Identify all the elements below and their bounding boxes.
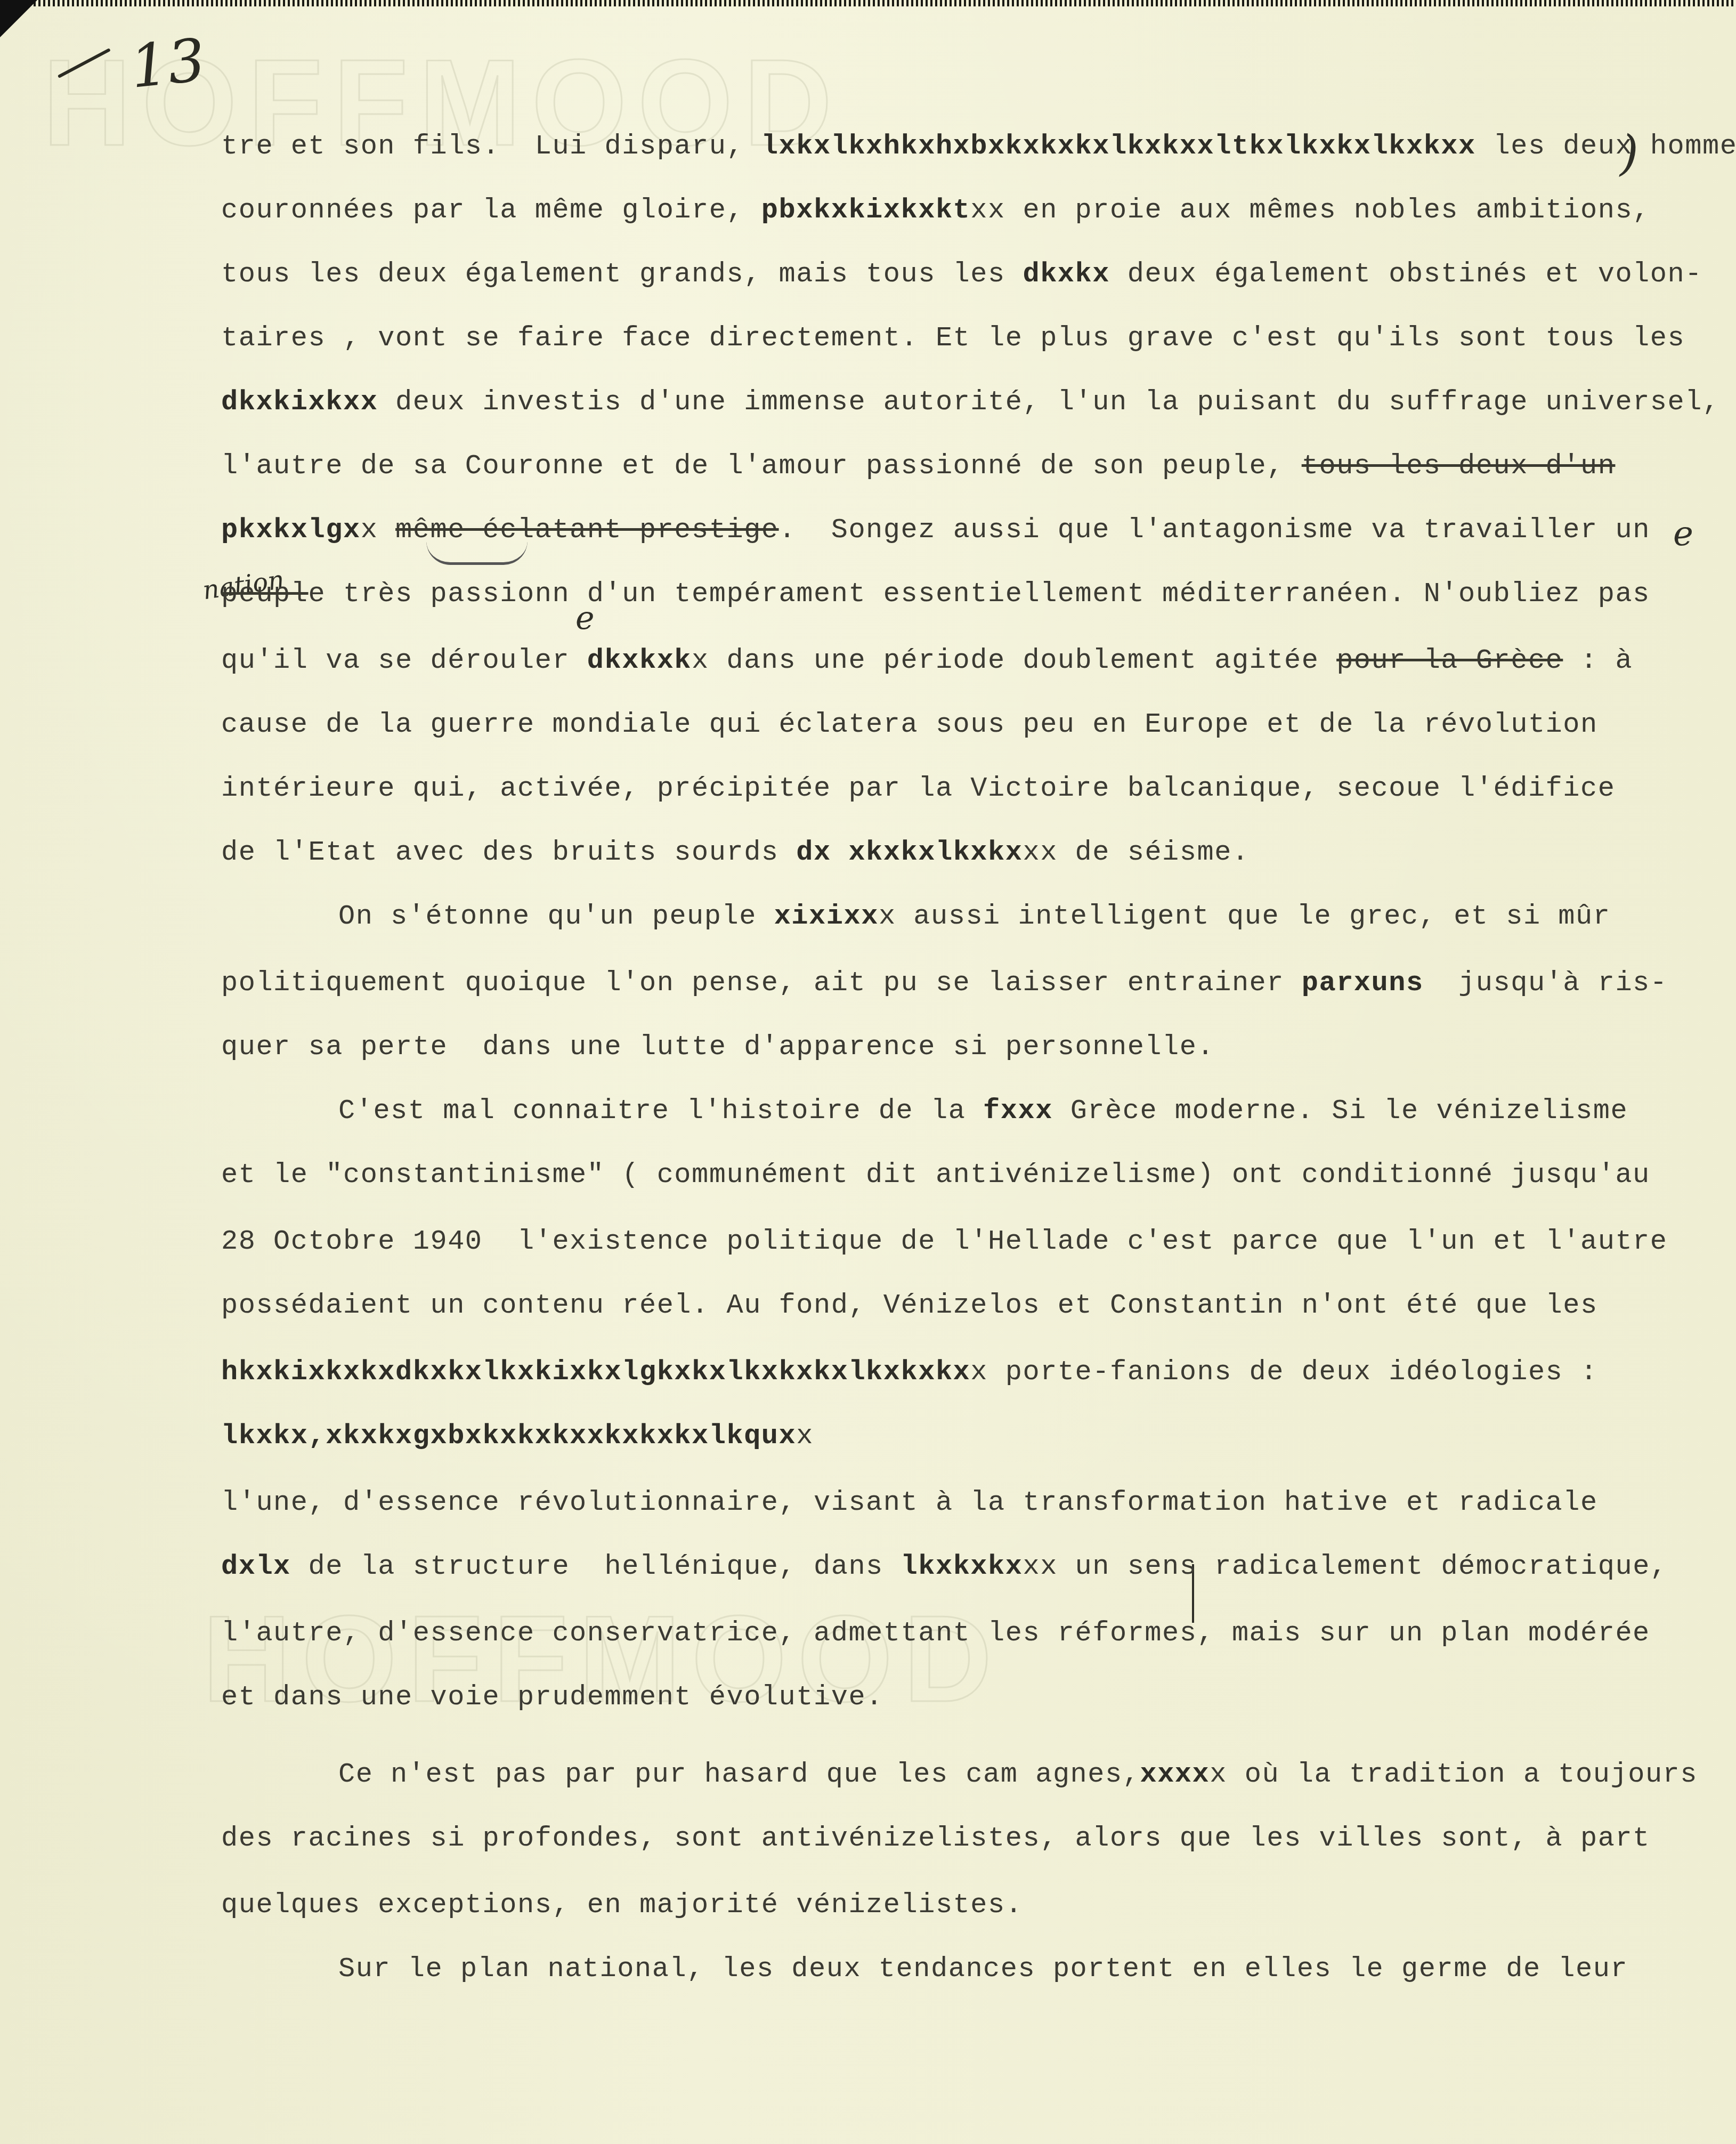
text-line: dkxkixkxx deux investis d'une immense au… <box>221 386 1720 418</box>
line-text: tre et son fils. Lui disparu, <box>221 131 761 162</box>
typed-over-deletion: dkxkxk <box>587 645 692 676</box>
text-line: l'autre de sa Couronne et de l'amour pas… <box>221 450 1615 482</box>
line-text: qu'il va se dérouler <box>221 645 587 676</box>
text-line: Ce n'est pas par pur hasard que les cam … <box>338 1759 1698 1791</box>
text-line: intérieure qui, activée, précipitée par … <box>221 773 1615 805</box>
typed-over-deletion: hkxkixkxkxdkxkxlkxkixkxlgkxkxlkxkxkxlkxk… <box>221 1356 970 1388</box>
line-text: cause de la guerre mondiale qui éclatera… <box>221 709 1598 740</box>
line-text: les deux hommes <box>1476 131 1736 162</box>
line-text: possédaient un contenu réel. Au fond, Vé… <box>221 1290 1598 1321</box>
typed-over-deletion: dxlx <box>221 1551 291 1582</box>
typed-over-deletion: dx xkxkxlkxkx <box>796 837 1023 868</box>
text-line: qu'il va se dérouler dkxkxkx dans une pé… <box>221 645 1633 677</box>
perforated-top-edge <box>0 0 1736 6</box>
text-line: Sur le plan national, les deux tendances… <box>338 1953 1628 1985</box>
typed-over-deletion: pbxkxkixkxkt <box>761 195 970 226</box>
line-text: l'autre, d'essence conservatrice, admett… <box>221 1617 1650 1649</box>
line-text: l'autre de sa Couronne et de l'amour pas… <box>221 450 1302 482</box>
text-line: cause de la guerre mondiale qui éclatera… <box>221 709 1598 741</box>
line-text: x dans une période doublement agitée <box>692 645 1336 676</box>
text-line: On s'étonne qu'un peuple xixixxx aussi i… <box>338 901 1611 933</box>
typed-over-deletion: lkxkxkx <box>901 1551 1023 1582</box>
handwritten-e-insert-une: e <box>1673 514 1693 554</box>
handwritten-strikethrough: pour la Grèce <box>1336 645 1563 676</box>
line-text: de la structure hellénique, dans <box>291 1551 901 1582</box>
text-line: possédaient un contenu réel. Au fond, Vé… <box>221 1290 1598 1322</box>
line-text: x <box>361 514 395 546</box>
text-line: dxlx de la structure hellénique, dans lk… <box>221 1551 1668 1583</box>
text-line: et dans une voie prudemment évolutive. <box>221 1681 883 1713</box>
text-line: taires , vont se faire face directement.… <box>221 322 1685 354</box>
typed-over-deletion: pkxkxlgx <box>221 514 361 546</box>
line-text: xx un sens radicalement démocratique, <box>1023 1551 1667 1582</box>
typed-over-deletion: lxkxlkxhkxhxbxkxkxkxlkxkxxltkxlkxkxlkxkx… <box>761 131 1476 162</box>
line-text: quelques exceptions, en majorité vénizel… <box>221 1889 1023 1921</box>
line-text: de l'Etat avec des bruits sourds <box>221 837 796 868</box>
text-line: politiquement quoique l'on pense, ait pu… <box>221 967 1668 999</box>
line-text: deux investis d'une immense autorité, l'… <box>378 386 1719 418</box>
text-line: quer sa perte dans une lutte d'apparence… <box>221 1031 1214 1063</box>
line-text: et dans une voie prudemment évolutive. <box>221 1681 883 1713</box>
text-line: peuple très passionn d'un tempérament es… <box>221 578 1650 610</box>
line-text: : à <box>1563 645 1633 676</box>
line-text: x porte-fanions de deux idéologies : <box>970 1356 1597 1388</box>
handwritten-strikethrough: tous les deux d'un <box>1302 450 1616 482</box>
typed-over-deletion: xxxx <box>1140 1759 1210 1790</box>
line-text: Ce n'est pas par pur hasard que les cam … <box>338 1759 1140 1790</box>
line-text: et le "constantinisme" ( communément dit… <box>221 1159 1650 1191</box>
text-line: de l'Etat avec des bruits sourds dx xkxk… <box>221 837 1250 869</box>
typed-over-deletion: dkxkixkxx <box>221 386 378 418</box>
text-line: hkxkixkxkxdkxkxlkxkixkxlgkxkxlkxkxkxlkxk… <box>221 1356 1598 1388</box>
line-text: intérieure qui, activée, précipitée par … <box>221 773 1615 804</box>
typed-over-deletion: lkxkx,xkxkxgxbxkxkxkxxkxkxkxlkqux <box>221 1420 796 1452</box>
typed-over-deletion: fxxx <box>983 1095 1053 1127</box>
line-text: Sur le plan national, les deux tendances… <box>338 1953 1628 1985</box>
line-text: e très passionn d'un tempérament essenti… <box>309 578 1650 610</box>
line-text: politiquement quoique l'on pense, ait pu… <box>221 967 1302 999</box>
text-line: l'une, d'essence révolutionnaire, visant… <box>221 1487 1598 1519</box>
line-text: jusqu'à ris- <box>1424 967 1668 999</box>
typed-over-deletion: xixixx <box>774 901 879 932</box>
typed-over-deletion: parxuns <box>1302 967 1424 999</box>
text-line: l'autre, d'essence conservatrice, admett… <box>221 1617 1650 1649</box>
line-text: x où la tradition a toujours <box>1210 1759 1698 1790</box>
text-line: des racines si profondes, sont antivéniz… <box>221 1823 1650 1855</box>
text-line: quelques exceptions, en majorité vénizel… <box>221 1889 1023 1921</box>
line-text: couronnées par la même gloire, <box>221 195 761 226</box>
line-text: deux également obstinés et volon- <box>1110 258 1702 290</box>
text-line: pkxkxlgxx même éclatant prestige. Songez… <box>221 514 1650 546</box>
typewritten-page: HOFFMOOD HOFFMOOD 13 nation ) e e tre et… <box>0 0 1736 2144</box>
text-line: couronnées par la même gloire, pbxkxkixk… <box>221 195 1650 226</box>
line-text: 28 Octobre 1940 l'existence politique de… <box>221 1226 1668 1257</box>
text-line: tre et son fils. Lui disparu, lxkxlkxhkx… <box>221 131 1736 163</box>
line-text: tous les deux également grands, mais tou… <box>221 258 1023 290</box>
text-line: et le "constantinisme" ( communément dit… <box>221 1159 1650 1191</box>
text-line: 28 Octobre 1940 l'existence politique de… <box>221 1226 1668 1258</box>
line-text: C'est mal connaitre l'histoire de la <box>338 1095 983 1127</box>
page-number: 13 <box>127 26 209 101</box>
line-text: des racines si profondes, sont antivéniz… <box>221 1823 1650 1854</box>
line-text: taires , vont se faire face directement.… <box>221 322 1685 354</box>
line-text: quer sa perte dans une lutte d'apparence… <box>221 1031 1214 1063</box>
handwritten-strikethrough: peupl <box>221 578 309 610</box>
line-text: xx en proie aux mêmes nobles ambitions, <box>970 195 1650 226</box>
line-text: . Songez aussi que l'antagonisme va trav… <box>779 514 1650 546</box>
line-text: On s'étonne qu'un peuple <box>338 901 774 932</box>
handwritten-strikethrough: même éclatant prestige <box>395 514 779 546</box>
line-text: Grèce moderne. Si le vénizelisme <box>1053 1095 1628 1127</box>
line-text: l'une, d'essence révolutionnaire, visant… <box>221 1487 1598 1518</box>
line-text: x <box>796 1420 814 1452</box>
folded-corner <box>0 0 37 37</box>
text-line: tous les deux également grands, mais tou… <box>221 258 1702 290</box>
typed-over-deletion: dkxkx <box>1023 258 1110 290</box>
text-line: C'est mal connaitre l'histoire de la fxx… <box>338 1095 1628 1127</box>
line-text: xx de séisme. <box>1023 837 1249 868</box>
text-line: lkxkx,xkxkxgxbxkxkxkxxkxkxkxlkquxx <box>221 1420 814 1452</box>
line-text: x aussi intelligent que le grec, et si m… <box>879 901 1611 932</box>
